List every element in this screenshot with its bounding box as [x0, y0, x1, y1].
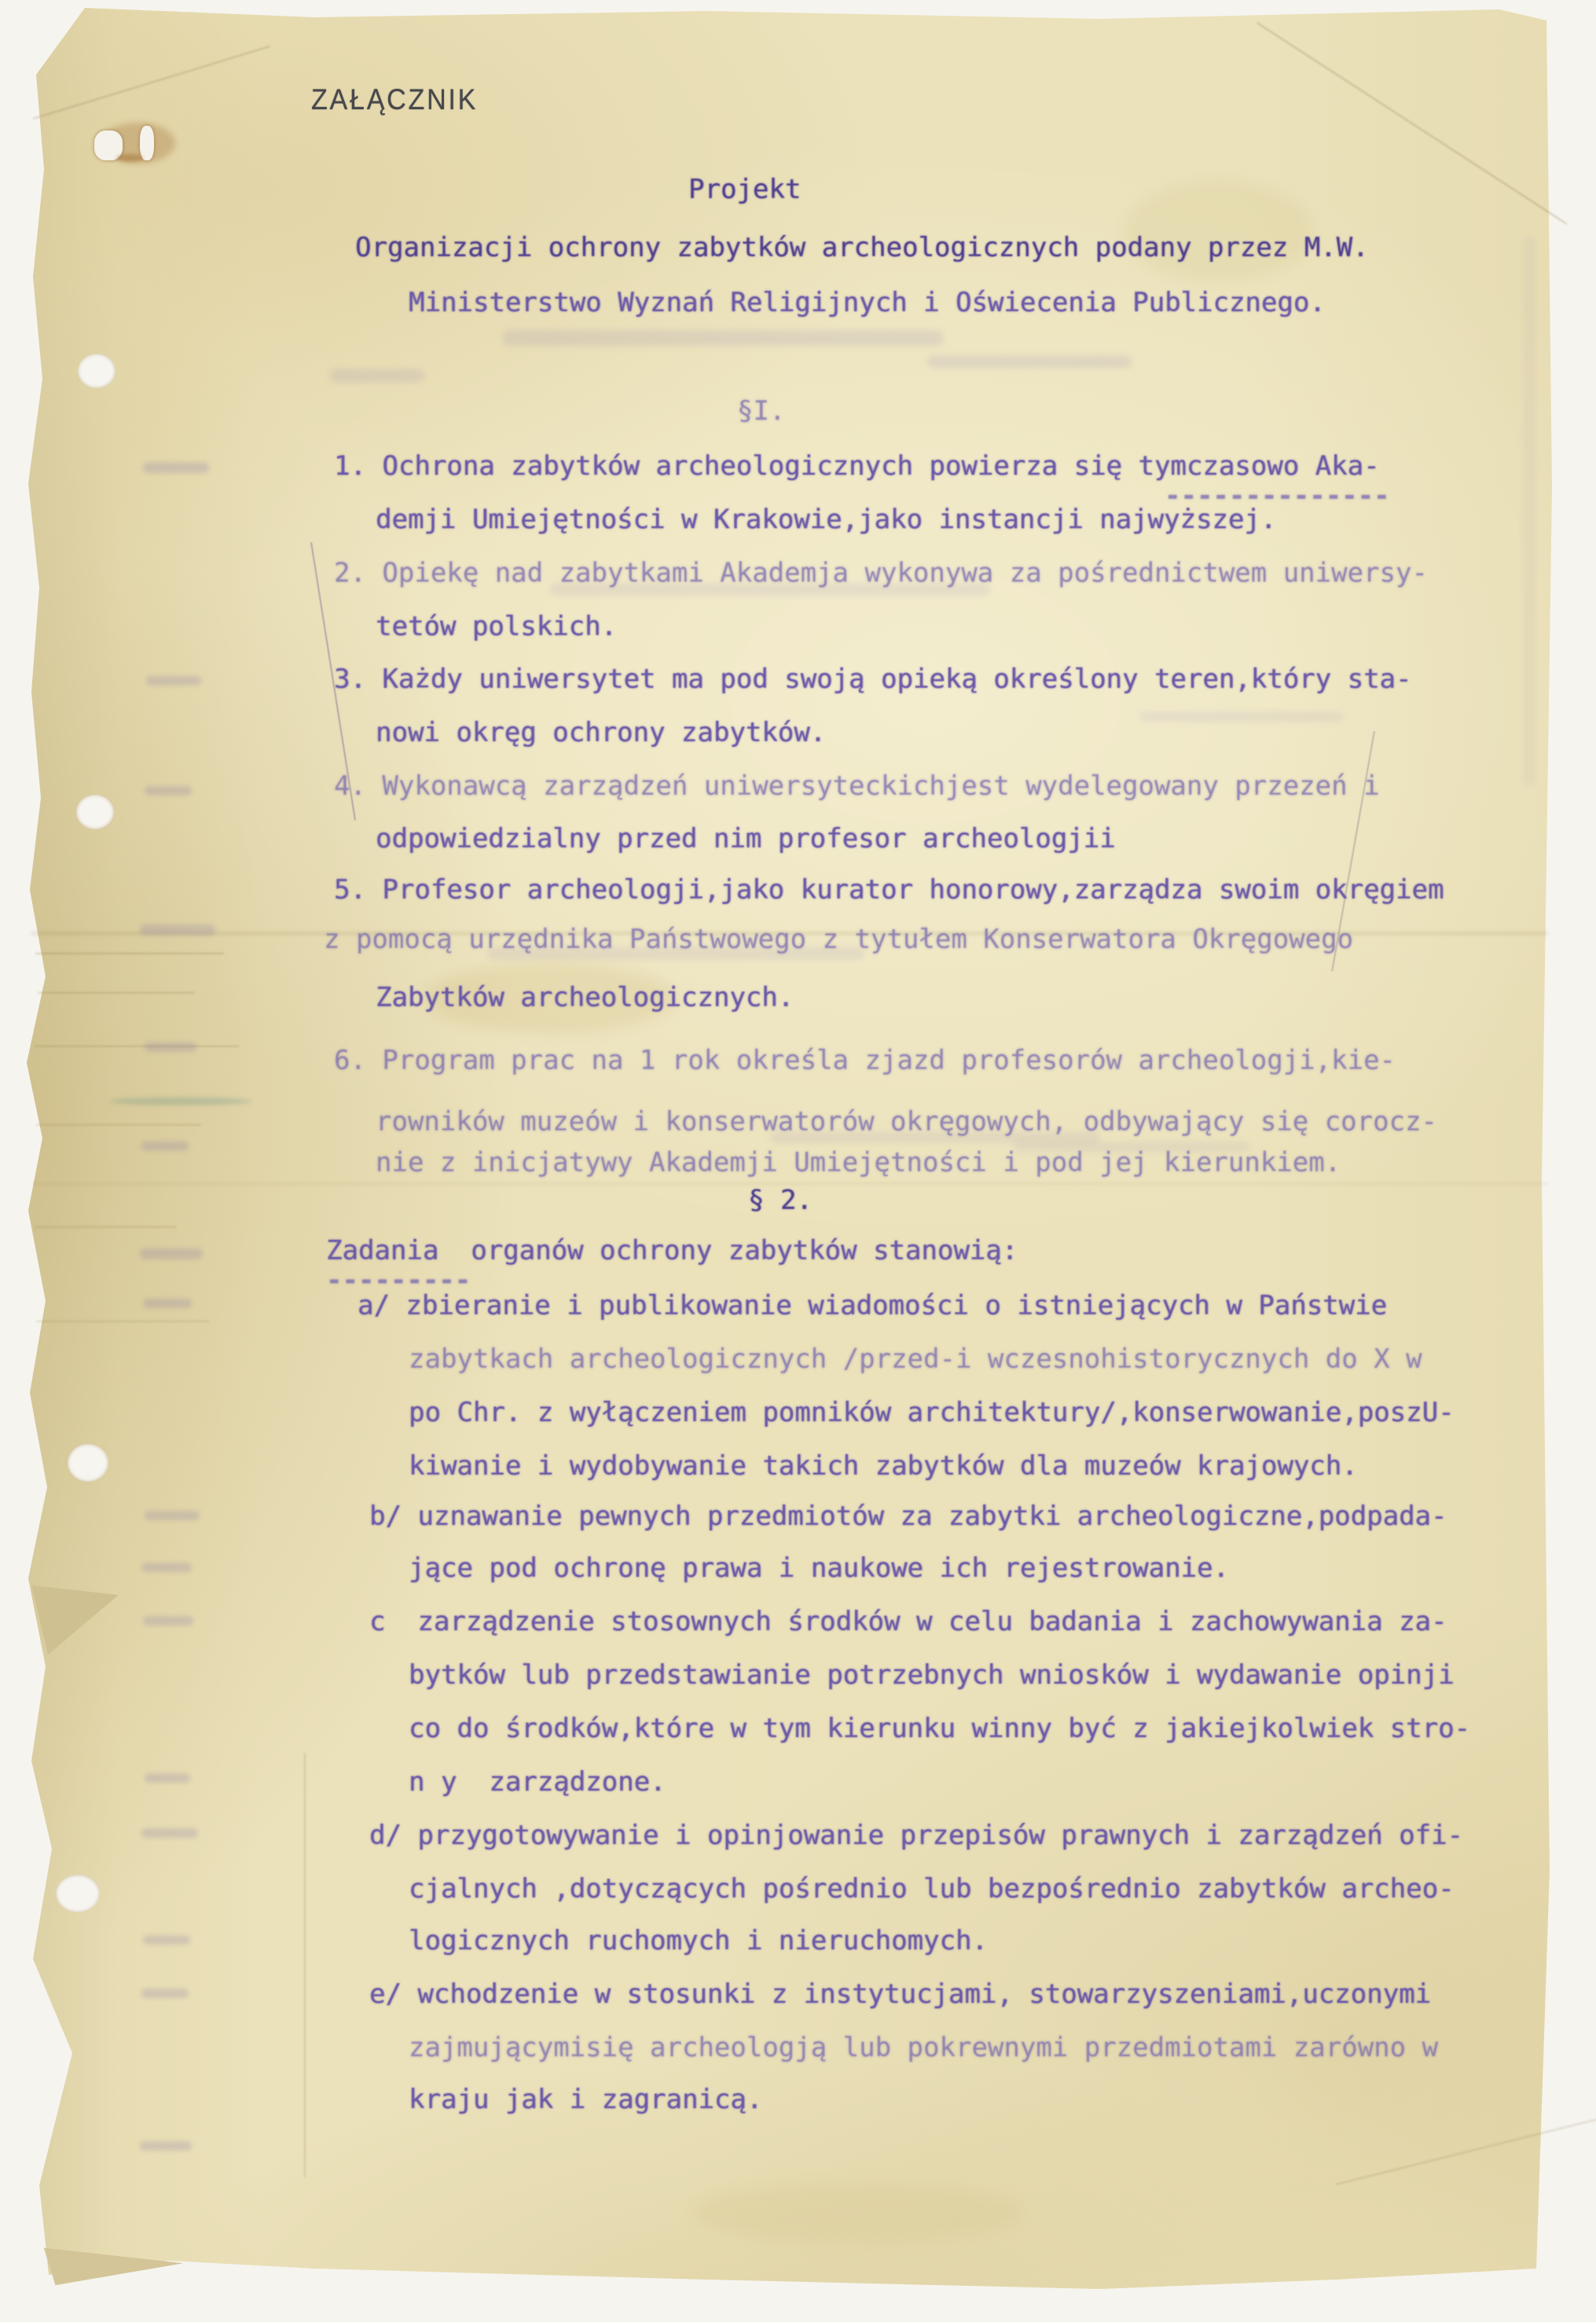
typed-line: Projekt	[688, 175, 801, 205]
typed-line: cjalnych ,dotyczących pośrednio lub bezp…	[409, 1874, 1455, 1905]
scanned-document: ZAŁĄCZNIK ProjektOrganizacji ochrony zab…	[0, 0, 1596, 2322]
typed-line: nie z inicjatywy Akademji Umiejętności i…	[376, 1148, 1341, 1178]
typed-line: demji Umiejętności w Krakowie,jako insta…	[376, 505, 1276, 535]
typed-line: 3. Każdy uniwersytet ma pod swoją opieką…	[334, 664, 1411, 695]
typed-line: Ministerstwo Wyznań Religijnych i Oświec…	[409, 288, 1326, 318]
typed-line: c zarządzenie stosownych środków w celu …	[369, 1607, 1447, 1637]
typed-line: b/ uznawanie pewnych przedmiotów za zaby…	[369, 1501, 1447, 1532]
typed-line: 4. Wykonawcą zarządzeń uniwersyteckichje…	[334, 771, 1380, 802]
typed-line: §I.	[737, 396, 785, 427]
typed-line: kiwanie i wydobywanie takich zabytków dl…	[409, 1451, 1358, 1482]
typed-line: zabytkach archeologicznych /przed-i wcze…	[409, 1344, 1422, 1375]
typed-line: odpowiedzialny przed nim profesor archeo…	[376, 824, 1116, 854]
typed-line: z pomocą urzędnika Państwowego z tytułem…	[324, 924, 1353, 955]
typed-line: kraju jak i zagranicą.	[409, 2085, 762, 2115]
typed-line: 2. Opiekę nad zabytkami Akademja wykonyw…	[334, 558, 1428, 589]
typed-line: nowi okręg ochrony zabytków.	[376, 718, 826, 748]
typed-line: zajmującymisię archeologją lub pokrewnym…	[409, 2033, 1438, 2063]
typed-line: § 2.	[748, 1185, 813, 1216]
typed-line: 1. Ochrona zabytków archeologicznych pow…	[334, 451, 1380, 482]
typed-line: 5. Profesor archeologji,jako kurator hon…	[334, 875, 1444, 906]
typed-line: bytków lub przedstawianie potrzebnych wn…	[409, 1660, 1455, 1691]
typed-line: n y zarządzone.	[409, 1767, 666, 1798]
typed-line: co do środków,które w tym kierunku winny…	[409, 1714, 1470, 1744]
typed-line: jące pod ochronę prawa i naukowe ich rej…	[409, 1553, 1229, 1584]
typed-line: a/ zbieranie i publikowanie wiadomości o…	[358, 1291, 1387, 1321]
typed-text-layer: ProjektOrganizacji ochrony zabytków arch…	[0, 0, 1596, 2322]
typed-line: 6. Program prac na 1 rok określa zjazd p…	[334, 1045, 1396, 1076]
typed-line: logicznych ruchomych i nieruchomych.	[409, 1926, 988, 1956]
typed-line: tetów polskich.	[376, 612, 617, 642]
typed-line: rowników muzeów i konserwatorów okręgowy…	[376, 1107, 1437, 1137]
typed-line: Zabytków archeologicznych.	[376, 983, 794, 1013]
typed-line: Zadania organów ochrony zabytków stanowi…	[326, 1236, 1018, 1266]
typed-line: d/ przygotowywanie i opinjowanie przepis…	[369, 1820, 1463, 1851]
typed-line: e/ wchodzenie w stosunki z instytucjami,…	[369, 1979, 1431, 2010]
typed-line: po Chr. z wyłączeniem pomników architekt…	[409, 1398, 1455, 1428]
typed-line: Organizacji ochrony zabytków archeologic…	[355, 233, 1369, 263]
